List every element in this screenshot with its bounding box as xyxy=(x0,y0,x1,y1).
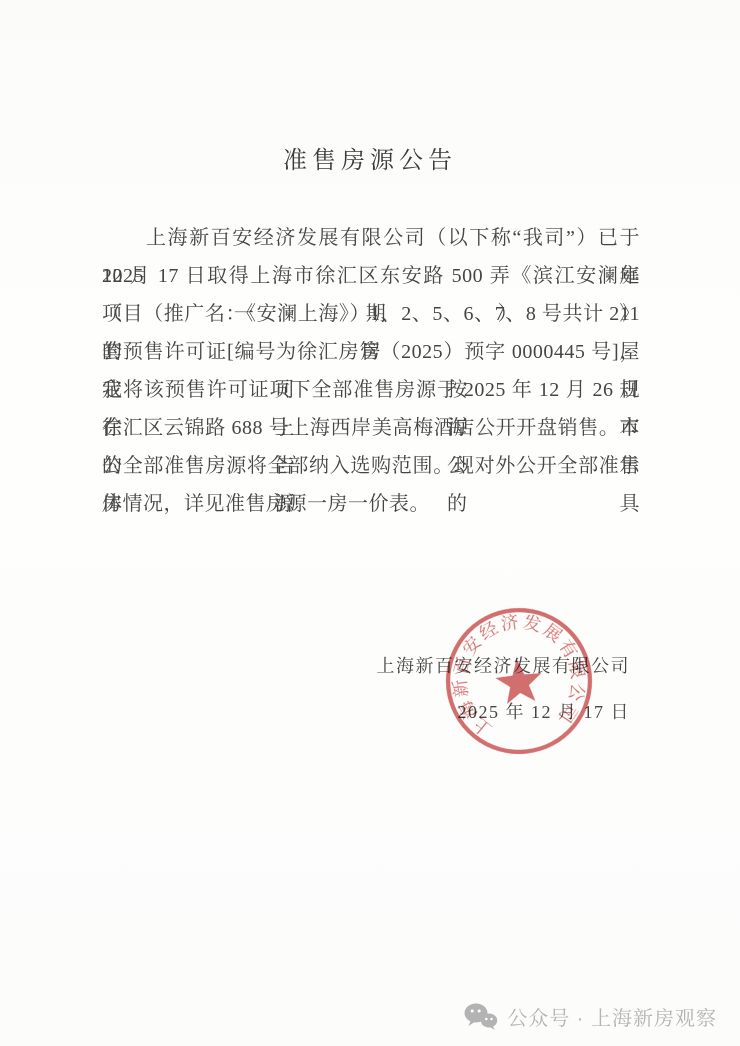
footer-label: 公众号 · 上海新房观察 xyxy=(507,1002,717,1031)
red-star-icon xyxy=(494,656,545,705)
body-line: 定将该预售许可证项下全部准售房源于 2025 年 12 月 26 日在上海市 xyxy=(102,371,640,409)
body-line: 12 月 17 日取得上海市徐汇区东安路 500 弄《滨江安澜庭（一期）》 xyxy=(102,257,640,295)
body-line: 的全部准售房源将全部纳入选购范围。现对外公开全部准售房源的具 xyxy=(102,447,640,485)
body-line: 的预售许可证[编号为徐汇房管（2025）预字 0000445 号]，我司按规 xyxy=(102,333,640,371)
body-line: 项目（推广名：《安澜上海》）1、2、5、6、7、8 号共计 211 套房屋 xyxy=(102,295,640,333)
page-title: 准售房源公告 xyxy=(0,140,740,175)
body-line: 徐汇区云锦路 688 号上海西岸美高梅酒店公开开盘销售。本公告公示 xyxy=(102,409,640,447)
wechat-icon xyxy=(464,1002,498,1030)
body-line: 上海新百安经济发展有限公司（以下称“我司”）已于 2025 年 xyxy=(102,219,640,257)
watermark-footer: 公众号 · 上海新房观察 xyxy=(0,1000,717,1032)
announcement-body: 上海新百安经济发展有限公司（以下称“我司”）已于 2025 年 12 月 17 … xyxy=(102,219,640,523)
announcement-document: 准售房源公告 上海新百安经济发展有限公司（以下称“我司”）已于 2025 年 1… xyxy=(0,0,740,1046)
company-seal: 上海新百安经济发展有限公司 xyxy=(435,597,602,764)
